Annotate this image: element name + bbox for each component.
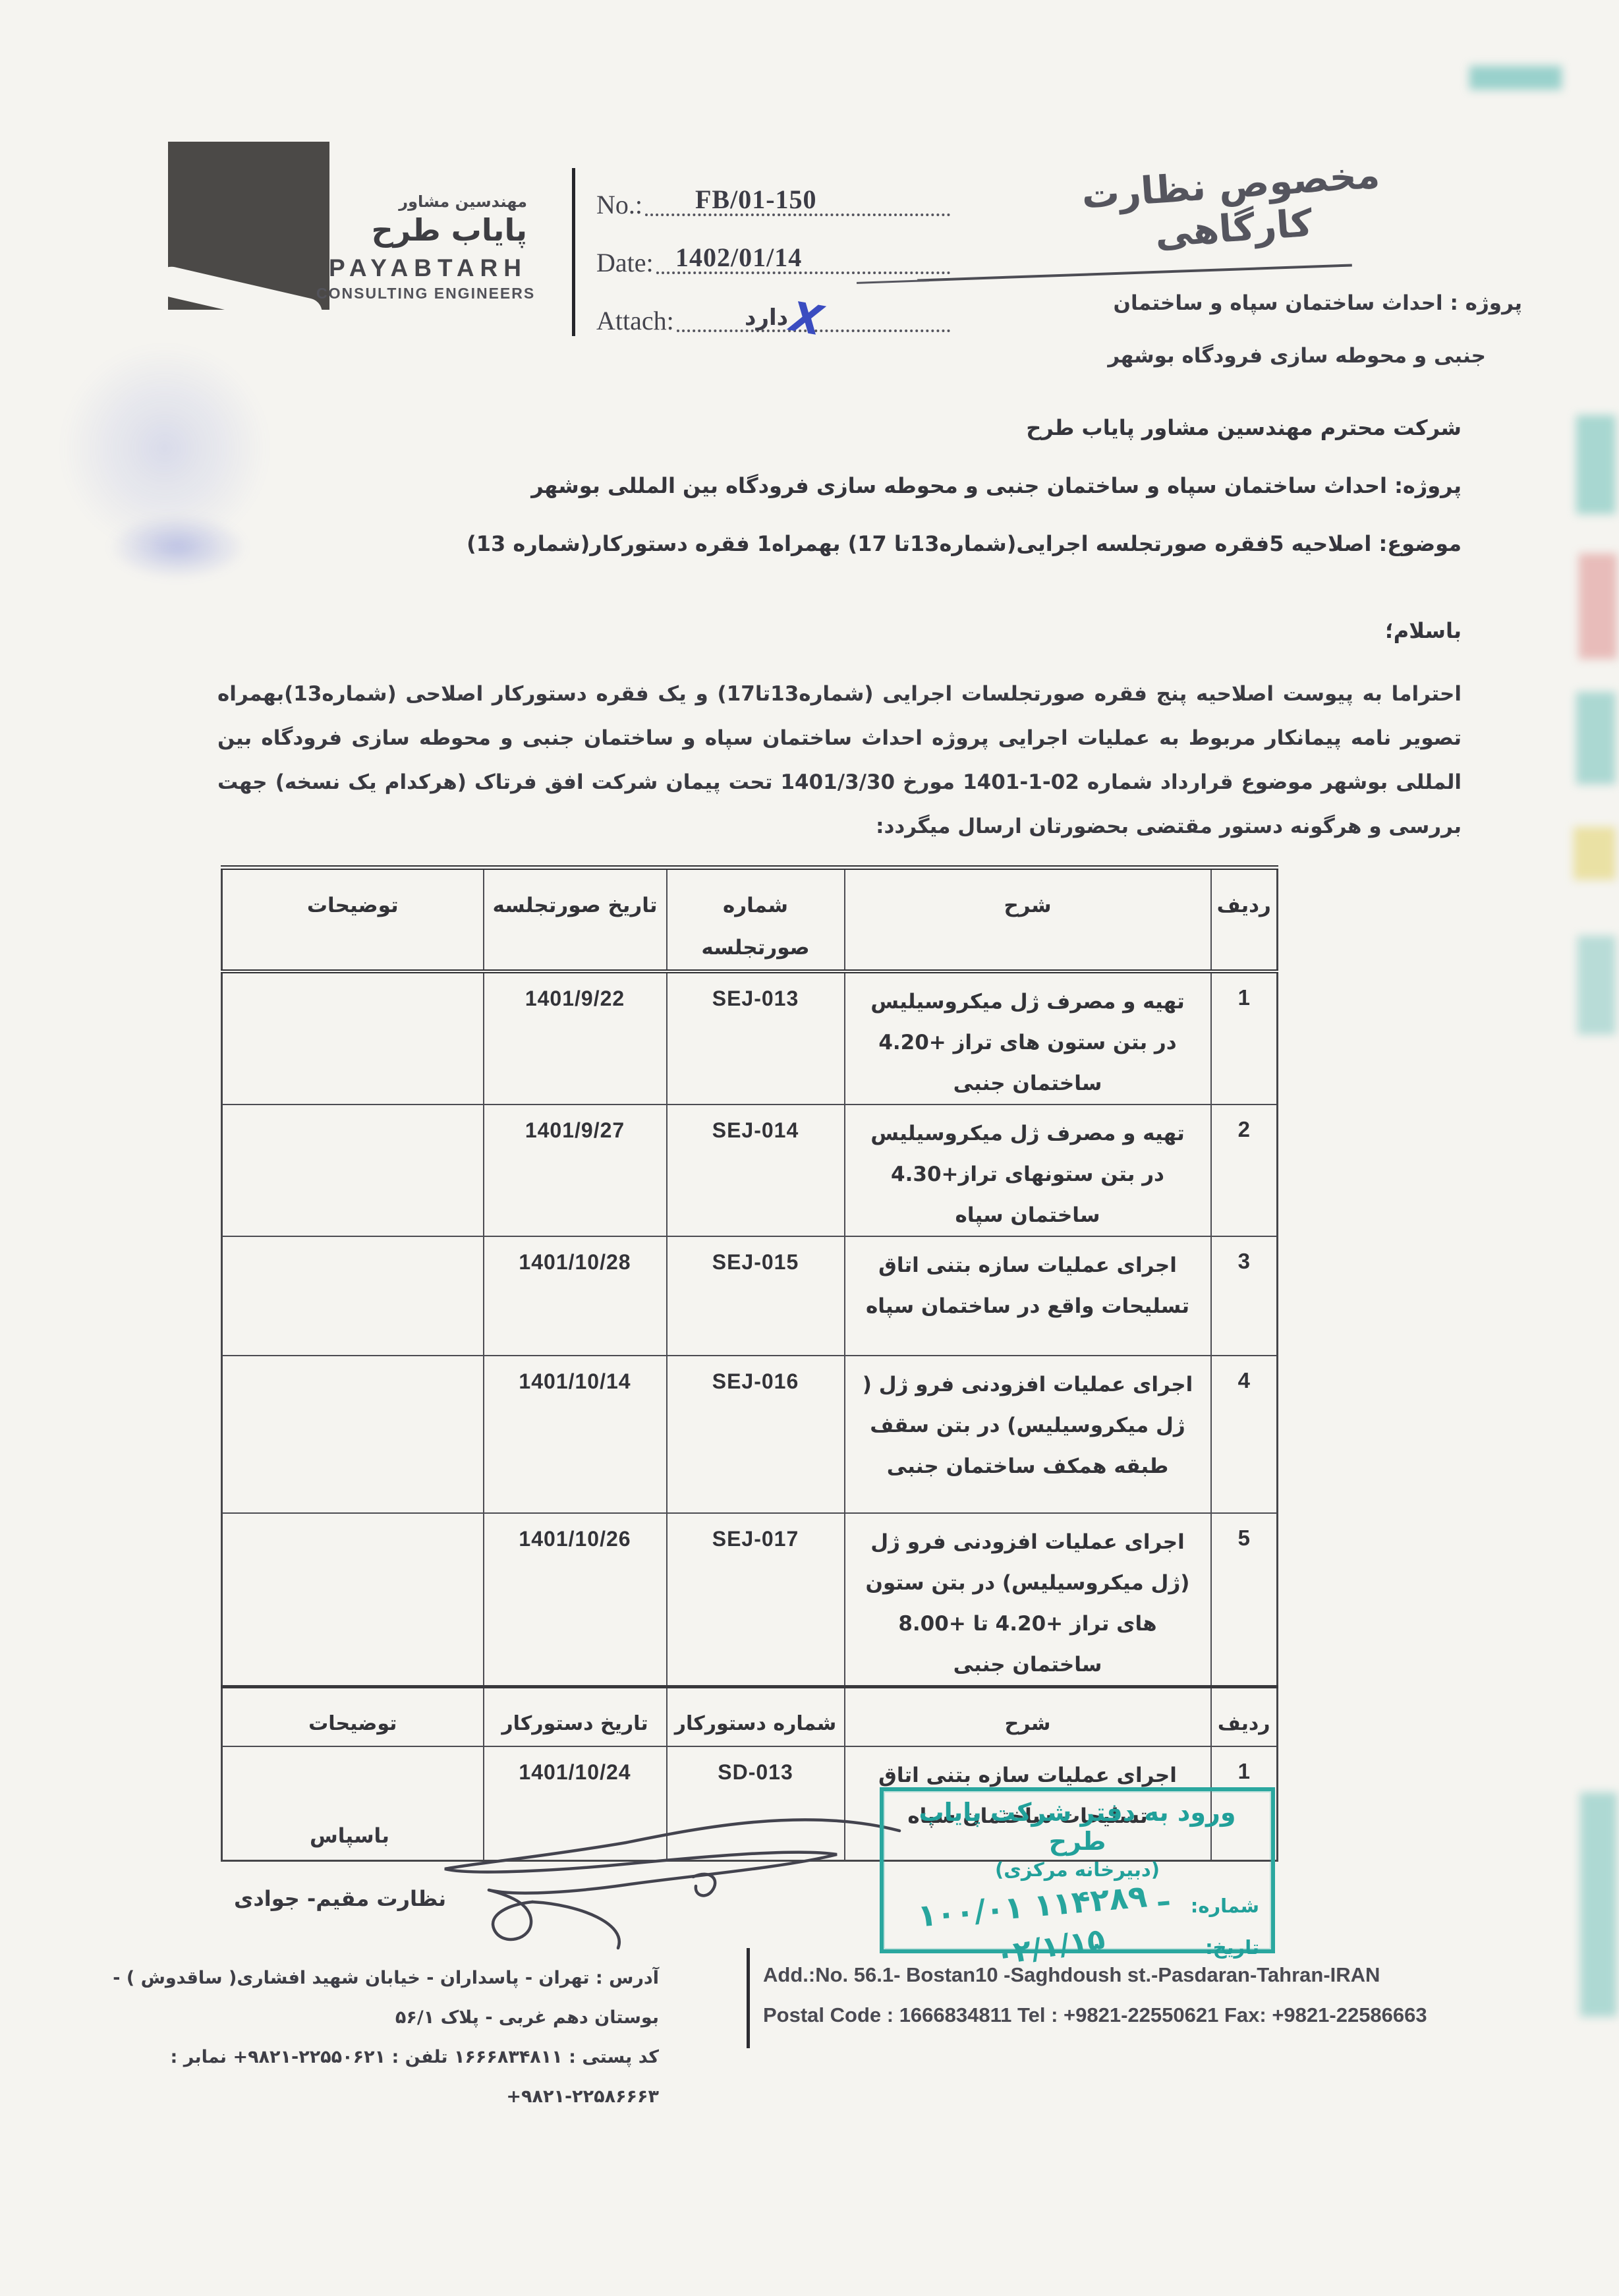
scan-artifact-teal-2 [1576,692,1616,784]
header-radif: ردیف [1211,868,1278,972]
entry-stamp: ورود به دفتر شرکت پایاب طرح (دبیرخانه مر… [880,1787,1275,1953]
scan-artifact-teal-1 [1576,415,1616,514]
project-header-line2: جنبی و محوطه سازی فرودگاه بوشهر [1008,330,1522,382]
footer-en-address: Add.:No. 56.1- Bostan10 -Saghdoush st.-P… [763,1955,1442,1995]
header-shomareh-soorat: شماره صورتجلسه [667,868,845,972]
header-tarikh-soorat: تاریخ صورتجلسه [484,868,667,972]
salutation: باسلام؛ [217,618,1462,643]
table-cell-radif: 2 [1211,1105,1278,1236]
company-logo-text: مهندسین مشاور پایاب طرح PAYABTARH CONSUL… [316,192,527,302]
table-cell-date: 1401/9/22 [484,971,667,1105]
table-cell-sharh: اجرای عملیات افزودنی فرو ژل (ژل میکروسیل… [845,1513,1211,1687]
dept-note: مخصوص نظارت کارگاهی [1012,148,1452,266]
logo-fa-large: پایاب طرح [316,212,527,248]
table-cell-date: 1401/10/14 [484,1356,667,1513]
stamp-subtitle: (دبیرخانه مرکزی) [895,1858,1259,1881]
table-cell-note [222,971,484,1105]
field-attach: Attach: داردX [596,282,955,340]
table-header-workorders: ردیف شرح شماره دستورکار تاریخ دستورکار ت… [222,1687,1278,1747]
table-cell-sharh: اجرای عملیات افزودنی فرو ژل ( ژل میکروسی… [845,1356,1211,1513]
letter-fields: No.: FB/01-150 Date: 1402/01/14 Attach: … [596,166,955,340]
header-shomareh-line2: صورتجلسه [668,927,843,969]
attach-word: دارد [745,304,788,331]
header-divider [572,168,575,336]
body-paragraph: احتراما به پیوست اصلاحیه پنج فقره صورتجل… [217,672,1462,849]
scan-artifact-red-1 [1579,554,1617,659]
table-cell-note [222,1356,484,1513]
table-row: 4اجرای عملیات افزودنی فرو ژل ( ژل میکروس… [222,1356,1278,1513]
table-row: 1تهیه و مصرف ژل میکروسیلیس در بتن ستون ه… [222,971,1278,1105]
logo-fa-small: مهندسین مشاور [316,192,527,211]
table-cell-radif: 3 [1211,1236,1278,1356]
table-cell-note [222,1513,484,1687]
signature-thanks: باسپاس [310,1824,389,1848]
header-tozihat: توضیحات [222,868,484,972]
logo-en-name: PAYABTARH [316,254,527,282]
recipient-line: شرکت محترم مهندسین مشاور پایاب طرح [217,415,1462,440]
footer-divider [747,1948,750,2048]
table-row: 3اجرای عملیات سازه بتنی اتاق تسلیحات واق… [222,1236,1278,1356]
footer-english: Add.:No. 56.1- Bostan10 -Saghdoush st.-P… [763,1955,1442,2035]
footer-en-contacts: Postal Code : 1666834811 Tel : +9821-225… [763,1995,1442,2035]
scan-artifact-teal-top [1469,66,1562,90]
table-cell-code: SEJ-016 [667,1356,845,1513]
footer-persian: آدرس : تهران - پاسداران - خیابان شهید اف… [63,1959,659,2117]
table-cell-sharh: تهیه و مصرف ژل میکروسیلیس در بتن ستونهای… [845,1105,1211,1236]
project-header: پروژه : احداث ساختمان سپاه و ساختمان جنب… [1008,277,1522,382]
table-cell-date: 1401/10/28 [484,1236,667,1356]
project-header-line1: پروژه : احداث ساختمان سپاه و ساختمان [1008,277,1522,330]
minutes-table: ردیف شرح شماره صورتجلسه تاریخ صورتجلسه ت… [221,865,1278,1862]
table-cell-note [222,1236,484,1356]
table-cell-sharh: تهیه و مصرف ژل میکروسیلیس در بتن ستون ها… [845,971,1211,1105]
handwritten-signature [409,1791,923,1956]
table-cell-date: 1401/10/26 [484,1513,667,1687]
subject-line: موضوع: اصلاحیه 5فقره صورتجلسه اجرایی(شما… [217,531,1462,556]
logo-en-tagline: CONSULTING ENGINEERS [316,285,527,302]
attach-x-mark: X [791,316,822,322]
table-cell-code: SEJ-014 [667,1105,845,1236]
header-tarikh-dastoor: تاریخ دستورکار [484,1687,667,1747]
scan-artifact-teal-4 [1580,1793,1617,2017]
header-tozihat: توضیحات [222,1687,484,1747]
document-page: مهندسین مشاور پایاب طرح PAYABTARH CONSUL… [0,0,1619,2296]
scan-artifact-teal-3 [1577,936,1616,1035]
no-value: FB/01-150 [695,184,817,215]
header-radif: ردیف [1211,1687,1278,1747]
date-value: 1402/01/14 [675,242,802,273]
footer-fa-address: آدرس : تهران - پاسداران - خیابان شهید اف… [63,1959,659,2038]
project-line: پروژه: احداث ساختمان سپاه و ساختمان جنبی… [217,473,1462,498]
header-sharh: شرح [845,1687,1211,1747]
table-cell-radif: 1 [1211,971,1278,1105]
no-label: No.: [596,189,642,224]
header-sharh: شرح [845,868,1211,972]
header-shomareh-line1: شماره [668,884,843,927]
table-cell-sharh: اجرای عملیات سازه بتنی اتاق تسلیحات واقع… [845,1236,1211,1356]
footer-fa-contacts: کد پستی : ۱۶۶۶۸۳۴۸۱۱ تلفن : ‪+۹۸۲۱-۲۲۵۵۰… [63,2038,659,2117]
table-cell-code: SEJ-017 [667,1513,845,1687]
stamp-title: ورود به دفتر شرکت پایاب طرح [895,1798,1259,1856]
table-cell-radif: 4 [1211,1356,1278,1513]
stamp-number-row: شماره: ‪۱۰۰/۰۱ ـ ۱۱۴۲۸۹‬ [895,1887,1259,1924]
header-shomareh-dastoor: شماره دستورکار [667,1687,845,1747]
table-cell-code: SEJ-015 [667,1236,845,1356]
attach-label: Attach: [596,305,674,340]
table-row: 2تهیه و مصرف ژل میکروسیلیس در بتن ستونها… [222,1105,1278,1236]
table-cell-code: SEJ-013 [667,971,845,1105]
scan-artifact-yellow-1 [1574,827,1616,880]
field-date: Date: 1402/01/14 [596,224,955,282]
table-header-minutes: ردیف شرح شماره صورتجلسه تاریخ صورتجلسه ت… [222,868,1278,972]
table-cell-date: 1401/9/27 [484,1105,667,1236]
attach-value: داردX [745,304,823,331]
table-cell-radif: 5 [1211,1513,1278,1687]
company-logo-icon [168,142,329,310]
table-cell-note [222,1105,484,1236]
date-label: Date: [596,247,654,282]
field-no: No.: FB/01-150 [596,166,955,224]
table-row: 5اجرای عملیات افزودنی فرو ژل (ژل میکروسی… [222,1513,1278,1687]
